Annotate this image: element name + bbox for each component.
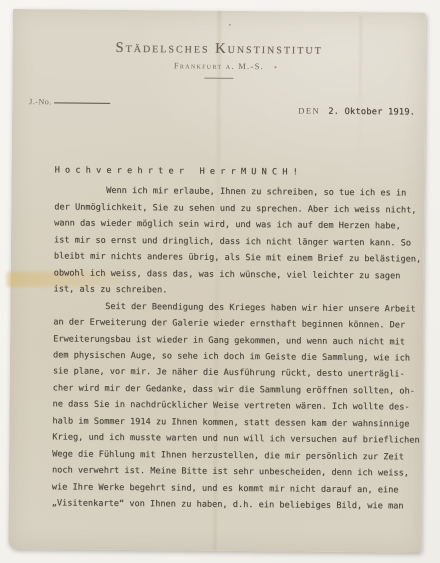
date-value: 2. Oktober 1919.	[328, 107, 415, 118]
date-label: DEN	[298, 105, 320, 115]
right-crease	[359, 16, 362, 166]
journal-number-blank-line	[54, 102, 110, 103]
paragraph-2: Seit der Beendigung des Krieges haben wi…	[52, 298, 424, 515]
letterhead: Städelsches Kunstinstitut Frankfurt a. M…	[12, 39, 425, 81]
paragraph-1: Wenn ich mir erlaube, Ihnen zu schreiben…	[53, 183, 424, 301]
scan-background: { "colors": { "paper": "#d9d3c4", "ink_t…	[0, 0, 440, 563]
letter-body: H o c h v e r e h r t e r H e r r M U N …	[52, 162, 425, 515]
salutation: H o c h v e r e h r t e r H e r r M U N …	[55, 162, 425, 182]
letterhead-divider	[204, 78, 233, 79]
letterhead-institution: Städelsches Kunstinstitut	[13, 39, 426, 60]
letterhead-location: Frankfurt a. M.-S.	[12, 59, 425, 73]
journal-number-label: J.-No.	[29, 97, 52, 106]
letter-page: Städelsches Kunstinstitut Frankfurt a. M…	[8, 9, 426, 553]
dateline: DEN2. Oktober 1919.	[298, 98, 415, 118]
journal-number-field: J.-No.	[29, 97, 110, 107]
